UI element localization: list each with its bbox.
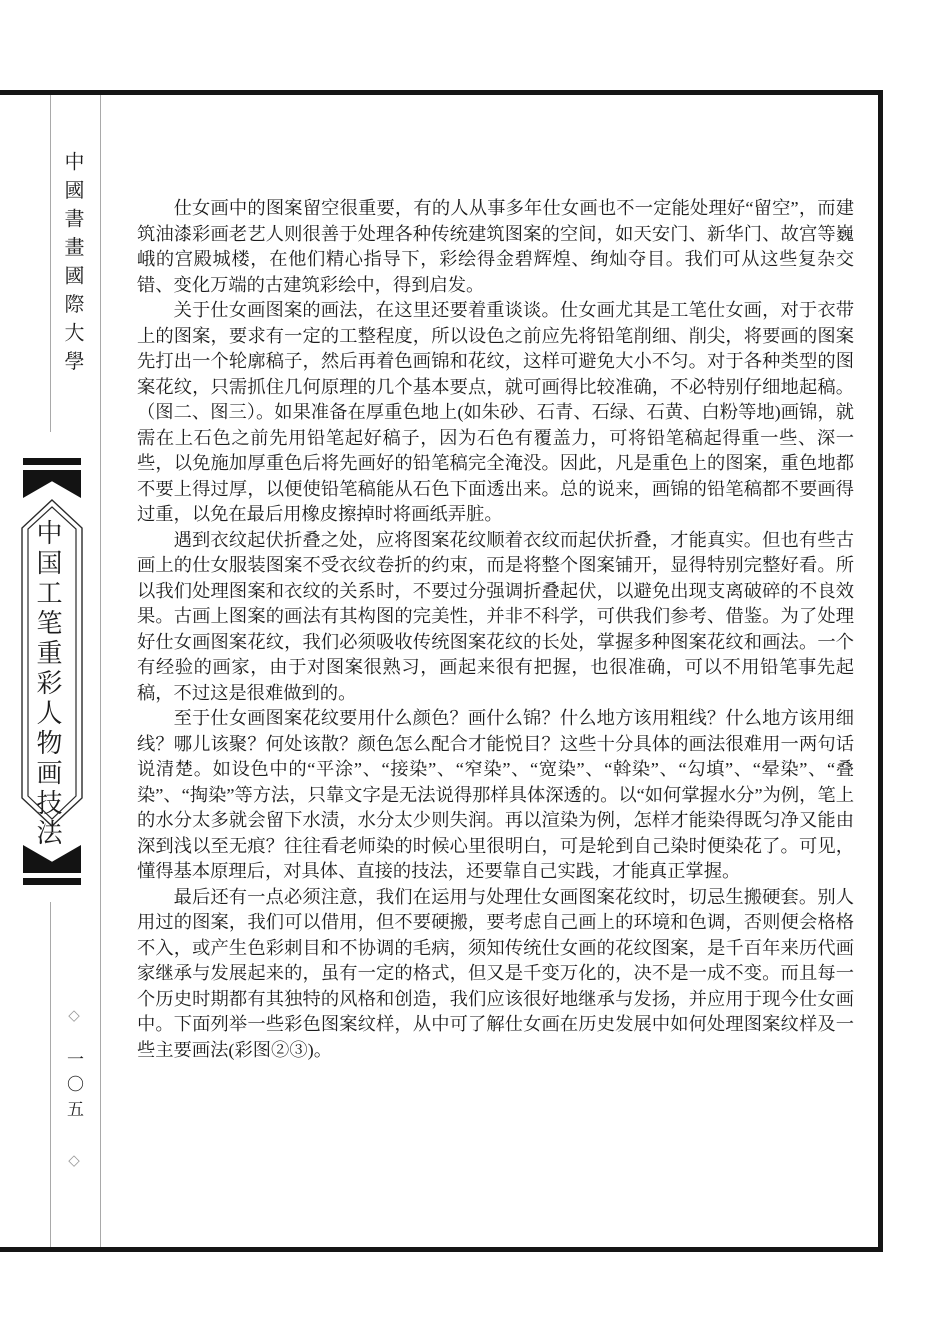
frame-top-rule (0, 90, 883, 95)
banner-top-bar (23, 458, 81, 465)
frame-bottom-rule (0, 1247, 883, 1252)
frame-right-rule (878, 90, 883, 1252)
folio-diamond-bottom-icon: ◇ (65, 1151, 81, 1169)
book-page: 中國書畫國際大學 中国工笔重彩人物画技法 ◇ 一〇五 ◇ 仕女画中的图案留空很重… (0, 0, 950, 1344)
banner-bottom-bar (23, 878, 81, 885)
page-number: 一〇五 (64, 1050, 83, 1125)
university-title: 中國書畫國際大學 (63, 151, 87, 379)
banner-bottom-pennant-icon (23, 845, 81, 873)
sidebar-divider-left-upper (50, 95, 51, 432)
paragraph-5: 最后还有一点必须注意，我们在运用与处理仕女画图案花纹时，切忌生搬硬套。别人用过的… (137, 885, 854, 1064)
paragraph-1: 仕女画中的图案留空很重要，有的人从事多年仕女画也不一定能处理好“留空”，而建筑油… (137, 196, 854, 298)
paragraph-2: 关于仕女画图案的画法，在这里还要着重谈谈。仕女画尤其是工笔仕女画，对于衣带上的图… (137, 298, 854, 528)
paragraph-4: 至于仕女画图案花纹要用什么颜色？画什么锦？什么地方该用粗线？什么地方该用细线？哪… (137, 706, 854, 885)
banner-top-pennant-icon (23, 470, 81, 498)
folio: ◇ 一〇五 ◇ (64, 1006, 86, 1169)
sidebar-divider-left-lower (50, 902, 51, 1247)
paragraph-3: 遇到衣纹起伏折叠之处，应将图案花纹顺着衣纹而起伏折叠，才能真实。但也有些古画上的… (137, 528, 854, 707)
series-title: 中国工笔重彩人物画技法 (38, 519, 66, 849)
sidebar-divider-right (100, 95, 101, 1247)
folio-diamond-top-icon: ◇ (65, 1006, 81, 1024)
article-body: 仕女画中的图案留空很重要，有的人从事多年仕女画也不一定能处理好“留空”，而建筑油… (137, 196, 854, 1063)
